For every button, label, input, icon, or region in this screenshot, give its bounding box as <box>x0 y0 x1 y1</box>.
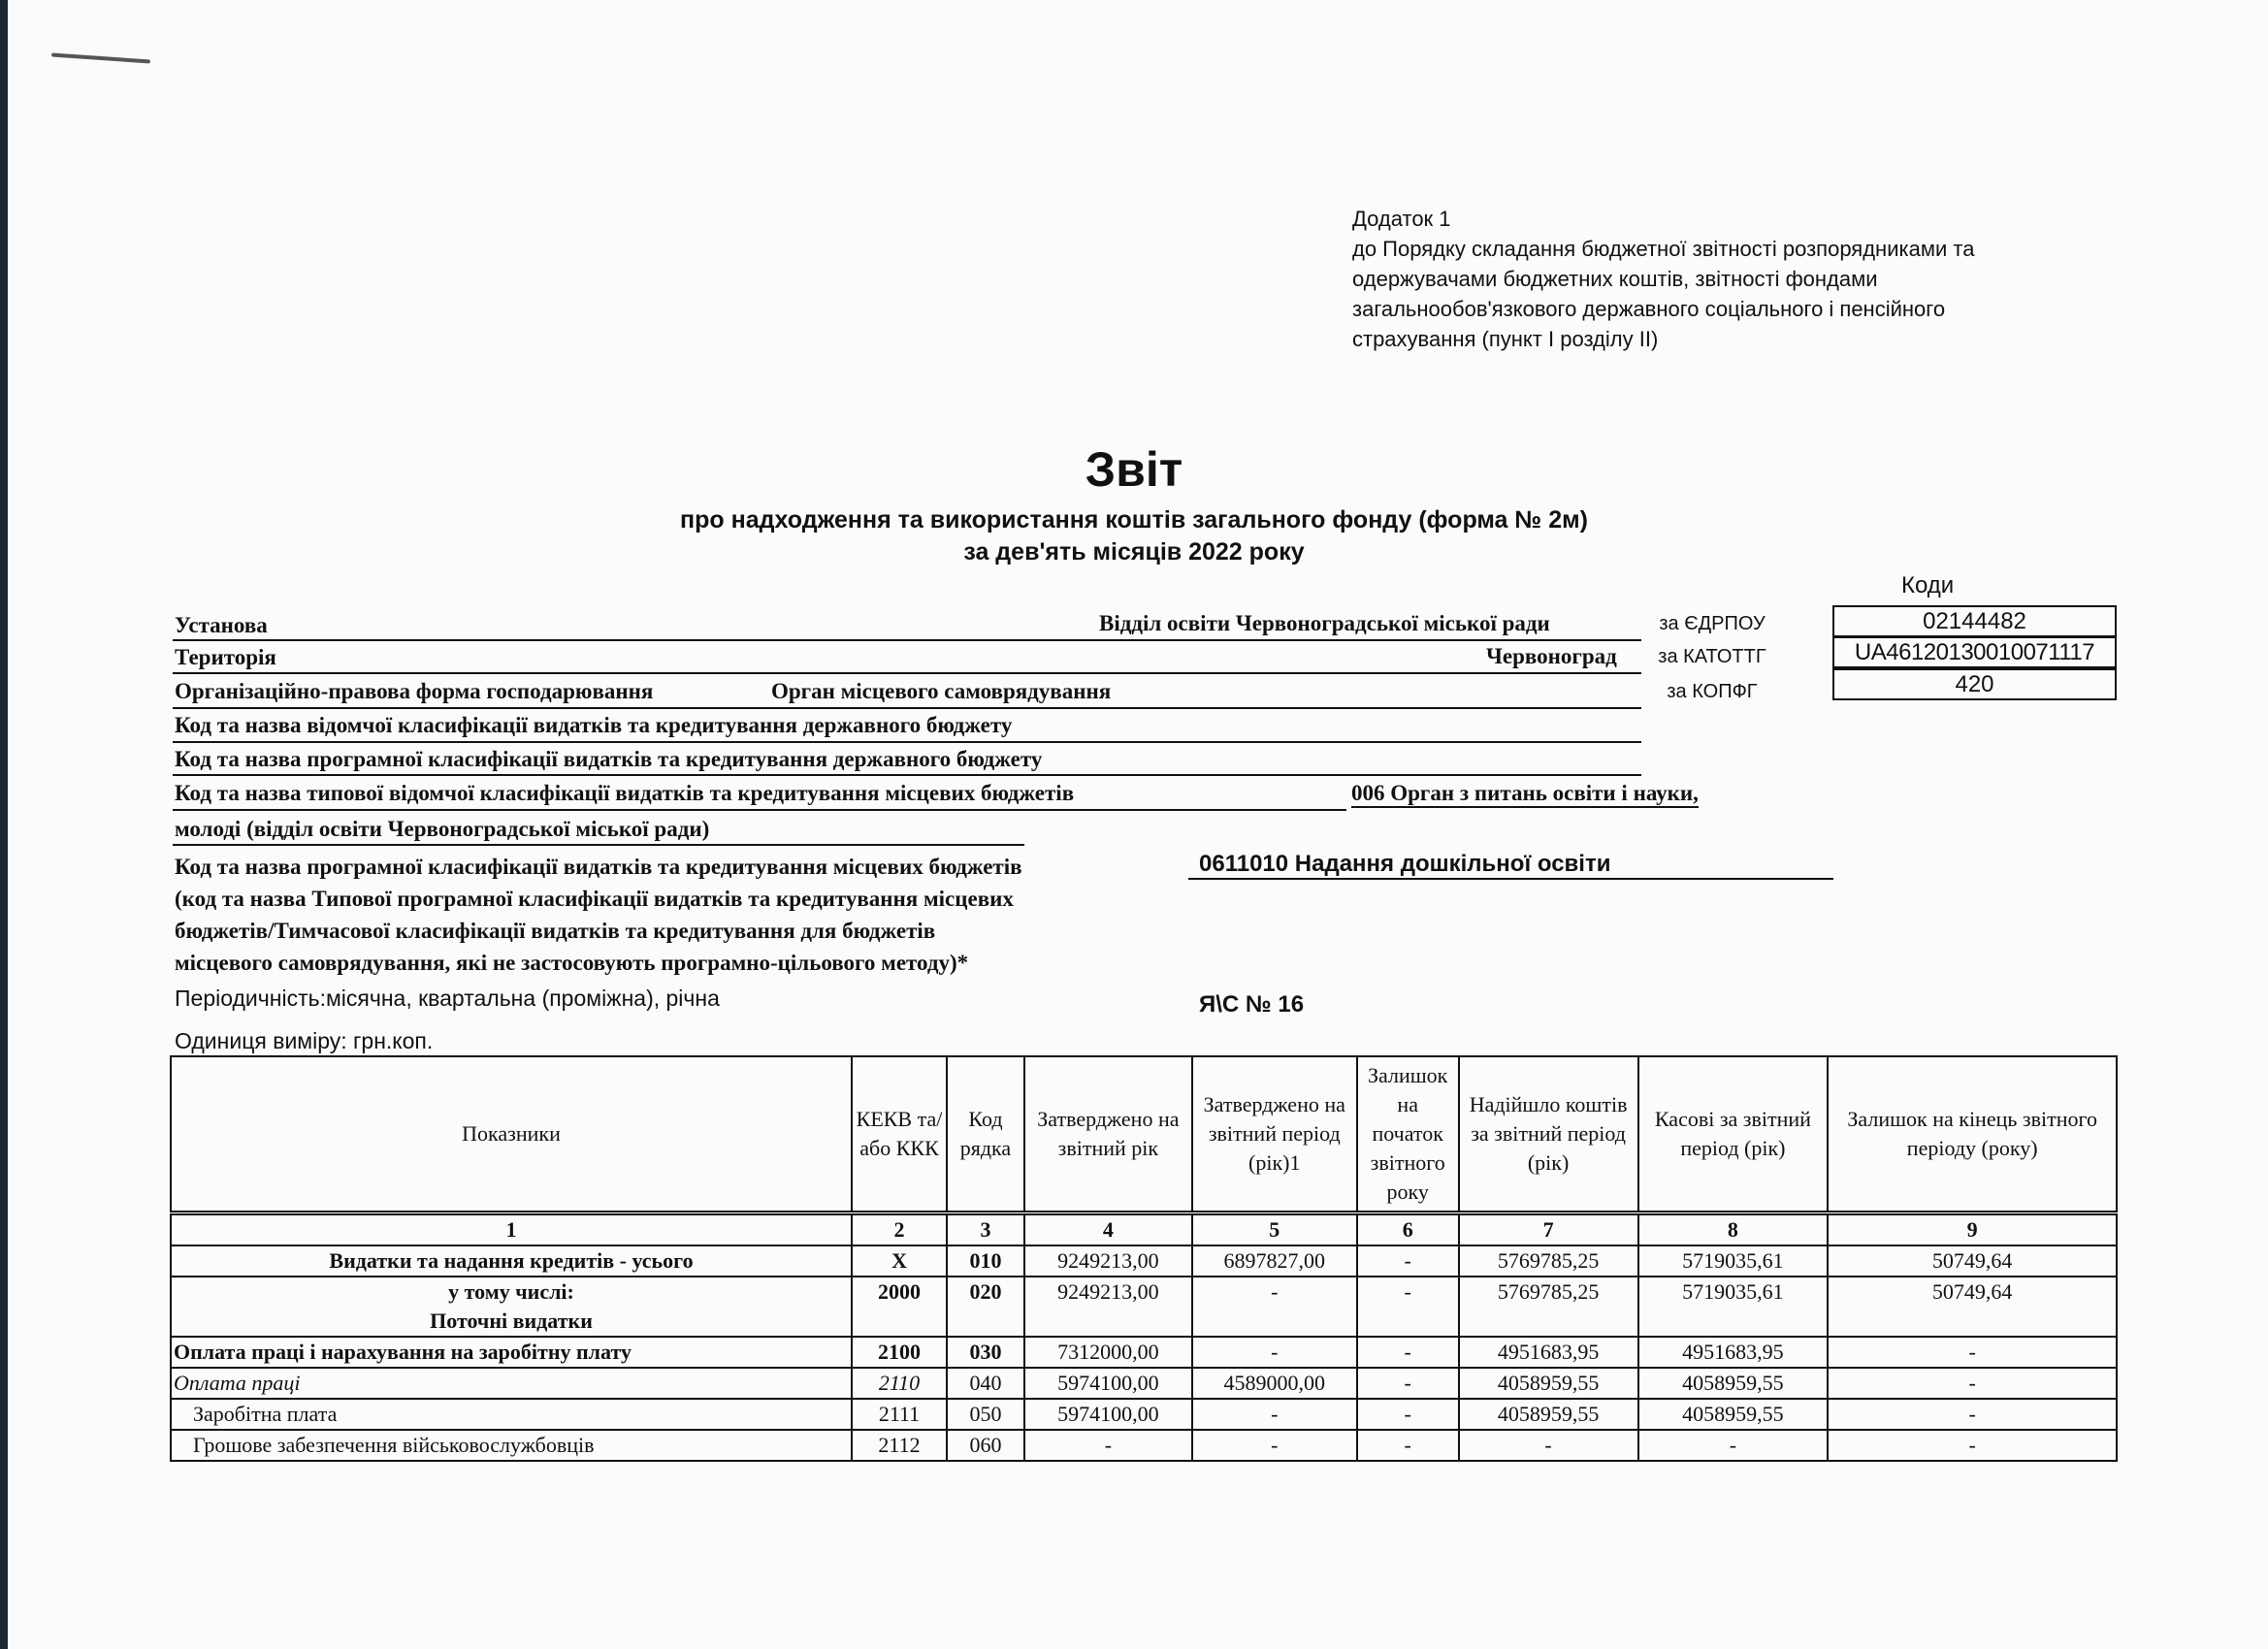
prog-class-local-line: (код та назва Типової програмної класифі… <box>175 883 1022 915</box>
value-cell: - <box>1828 1430 2117 1461</box>
value-cell: 4058959,55 <box>1638 1399 1829 1430</box>
value-cell: 9249213,00 <box>1024 1277 1192 1337</box>
value-cell: 50749,64 <box>1828 1277 2117 1337</box>
indicator-cell: Видатки та надання кредитів - усього <box>171 1245 852 1277</box>
value-cell: 4589000,00 <box>1192 1368 1357 1399</box>
territory-label: Територія <box>175 645 276 670</box>
code-cell: 040 <box>947 1368 1024 1399</box>
table-row: Оплата праці 2110 040 5974100,00 4589000… <box>171 1368 2117 1399</box>
divider <box>173 844 1024 846</box>
table-row: Оплата праці і нарахування на заробітну … <box>171 1337 2117 1368</box>
code-value-katottg: UA46120130010071117 <box>1832 636 2117 668</box>
territory-value: Червоноград <box>1486 644 1617 669</box>
divider <box>173 774 1641 776</box>
value-cell: 50749,64 <box>1828 1245 2117 1277</box>
value-cell: 5719035,61 <box>1638 1245 1829 1277</box>
col-number: 9 <box>1828 1213 2117 1246</box>
kekv-cell: 2112 <box>852 1430 947 1461</box>
report-subtitle: про надходження та використання коштів з… <box>0 506 2268 534</box>
account-number: Я\С № 16 <box>1199 991 1304 1018</box>
staple-mark <box>51 52 150 63</box>
code-value-kopfg: 420 <box>1832 668 2117 700</box>
value-cell: 6897827,00 <box>1192 1245 1357 1277</box>
table-row: Грошове забезпечення військовослужбовців… <box>171 1430 2117 1461</box>
col-header-approved-year: Затверджено на звітний рік <box>1024 1056 1192 1213</box>
prog-class-local-line: Код та назва програмної класифікації вид… <box>175 851 1022 883</box>
value-cell: 4951683,95 <box>1638 1337 1829 1368</box>
value-cell: - <box>1357 1430 1459 1461</box>
typical-dept-class-value: 006 Орган з питань освіти і науки, <box>1351 781 1699 808</box>
value-cell: - <box>1357 1245 1459 1277</box>
appendix-line: страхування (пункт I розділу II) <box>1352 324 1974 354</box>
appendix-line: Додаток 1 <box>1352 204 1974 234</box>
column-number-row: 1 2 3 4 5 6 7 8 9 <box>171 1213 2117 1246</box>
typical-dept-class-cont: молоді (відділ освіти Червоноградської м… <box>175 817 709 842</box>
col-number: 3 <box>947 1213 1024 1246</box>
value-cell: - <box>1638 1430 1829 1461</box>
appendix-line: загальнообов'язкового державного соціаль… <box>1352 294 1974 324</box>
value-cell: - <box>1192 1430 1357 1461</box>
indicator-cell: Заробітна плата <box>171 1399 852 1430</box>
table-header-row: Показники КЕКВ та/або ККК Код рядка Затв… <box>171 1056 2117 1213</box>
prog-class-state-label: Код та назва програмної класифікації вид… <box>175 747 1042 772</box>
scan-edge <box>0 0 8 1649</box>
appendix-note: Додаток 1 до Порядку складання бюджетної… <box>1352 204 1974 354</box>
value-cell: 5974100,00 <box>1024 1399 1192 1430</box>
indicator-cell: Оплата праці <box>171 1368 852 1399</box>
periodicity: Періодичність:місячна, квартальна (промі… <box>175 986 720 1012</box>
code-label-edrpou: за ЄДРПОУ <box>1639 613 1785 635</box>
kekv-cell: X <box>852 1245 947 1277</box>
typical-dept-class-label: Код та назва типової відомчої класифікац… <box>175 781 1074 806</box>
col-number: 7 <box>1459 1213 1638 1246</box>
value-cell: 4951683,95 <box>1459 1337 1638 1368</box>
kekv-cell: 2110 <box>852 1368 947 1399</box>
appendix-line: до Порядку складання бюджетної звітності… <box>1352 234 1974 264</box>
code-label-kopfg: за КОПФГ <box>1639 681 1785 703</box>
prog-class-local-value: 0611010 Надання дошкільної освіти <box>1199 851 1610 878</box>
col-header-indicators: Показники <box>171 1056 852 1213</box>
indicator-cell: Грошове забезпечення військовослужбовців <box>171 1430 852 1461</box>
divider <box>173 707 1641 709</box>
value-cell: 4058959,55 <box>1638 1368 1829 1399</box>
code-value-edrpou: 02144482 <box>1832 605 2117 637</box>
divider <box>173 809 1346 811</box>
code-cell: 050 <box>947 1399 1024 1430</box>
value-cell: - <box>1192 1337 1357 1368</box>
value-cell: 5974100,00 <box>1024 1368 1192 1399</box>
value-cell: - <box>1192 1277 1357 1337</box>
institution-value: Відділ освіти Червоноградської міської р… <box>1099 611 1550 636</box>
value-cell: - <box>1357 1337 1459 1368</box>
value-cell: 7312000,00 <box>1024 1337 1192 1368</box>
code-label-katottg: за КАТОТТГ <box>1639 646 1785 668</box>
divider <box>173 672 1641 674</box>
col-number: 6 <box>1357 1213 1459 1246</box>
col-number: 8 <box>1638 1213 1829 1246</box>
col-header-row-code: Код рядка <box>947 1056 1024 1213</box>
col-number: 4 <box>1024 1213 1192 1246</box>
value-cell: 4058959,55 <box>1459 1368 1638 1399</box>
value-cell: 4058959,55 <box>1459 1399 1638 1430</box>
value-cell: - <box>1828 1337 2117 1368</box>
table-row: Заробітна плата 2111 050 5974100,00 - - … <box>171 1399 2117 1430</box>
col-header-opening-balance: Залишок на початок звітного року <box>1357 1056 1459 1213</box>
value-cell: 5769785,25 <box>1459 1277 1638 1337</box>
prog-class-local-line: бюджетів/Тимчасової класифікації видаткі… <box>175 915 1022 947</box>
codes-heading: Коди <box>1901 572 1954 599</box>
value-cell: 9249213,00 <box>1024 1245 1192 1277</box>
table-row: Видатки та надання кредитів - усього X 0… <box>171 1245 2117 1277</box>
report-period: за дев'ять місяців 2022 року <box>0 538 2268 566</box>
report-table: Показники КЕКВ та/або ККК Код рядка Затв… <box>170 1055 2118 1462</box>
value-cell: - <box>1192 1399 1357 1430</box>
value-cell: - <box>1357 1399 1459 1430</box>
divider <box>173 741 1641 743</box>
prog-class-local-line: місцевого самоврядування, які не застосо… <box>175 947 1022 979</box>
col-header-closing-balance: Залишок на кінець звітного періоду (року… <box>1828 1056 2117 1213</box>
prog-class-local-label: Код та назва програмної класифікації вид… <box>175 851 1022 979</box>
kekv-cell: 2100 <box>852 1337 947 1368</box>
dept-class-state-label: Код та назва відомчої класифікації видат… <box>175 713 1012 738</box>
value-cell: - <box>1357 1368 1459 1399</box>
col-number: 1 <box>171 1213 852 1246</box>
col-header-cash-expenses: Касові за звітний період (рік) <box>1638 1056 1829 1213</box>
org-form-label: Організаційно-правова форма господарюван… <box>175 679 653 704</box>
report-title: Звіт <box>0 441 2268 498</box>
value-cell: - <box>1828 1368 2117 1399</box>
institution-label: Установа <box>175 613 268 638</box>
value-cell: 5719035,61 <box>1638 1277 1829 1337</box>
value-cell: - <box>1024 1430 1192 1461</box>
kekv-cell: 2111 <box>852 1399 947 1430</box>
org-form-value: Орган місцевого самоврядування <box>771 679 1111 704</box>
indicator-cell: у тому числі: Поточні видатки <box>171 1277 852 1337</box>
col-number: 5 <box>1192 1213 1357 1246</box>
divider <box>173 639 1641 641</box>
code-cell: 010 <box>947 1245 1024 1277</box>
value-cell: - <box>1459 1430 1638 1461</box>
indicator-line: Поточні видатки <box>174 1307 849 1336</box>
appendix-line: одержувачами бюджетних коштів, звітності… <box>1352 264 1974 294</box>
code-cell: 060 <box>947 1430 1024 1461</box>
value-cell: - <box>1357 1277 1459 1337</box>
divider <box>1188 878 1833 880</box>
code-cell: 020 <box>947 1277 1024 1337</box>
col-header-received: Надійшло коштів за звітний період (рік) <box>1459 1056 1638 1213</box>
code-cell: 030 <box>947 1337 1024 1368</box>
col-number: 2 <box>852 1213 947 1246</box>
indicator-cell: Оплата праці і нарахування на заробітну … <box>171 1337 852 1368</box>
indicator-line: у тому числі: <box>174 1277 849 1307</box>
unit-of-measure: Одиниця виміру: грн.коп. <box>175 1028 433 1054</box>
value-cell: - <box>1828 1399 2117 1430</box>
value-cell: 5769785,25 <box>1459 1245 1638 1277</box>
kekv-cell: 2000 <box>852 1277 947 1337</box>
col-header-approved-period: Затверджено на звітний період (рік)1 <box>1192 1056 1357 1213</box>
table-row: у тому числі: Поточні видатки 2000 020 9… <box>171 1277 2117 1337</box>
col-header-kekv: КЕКВ та/або ККК <box>852 1056 947 1213</box>
